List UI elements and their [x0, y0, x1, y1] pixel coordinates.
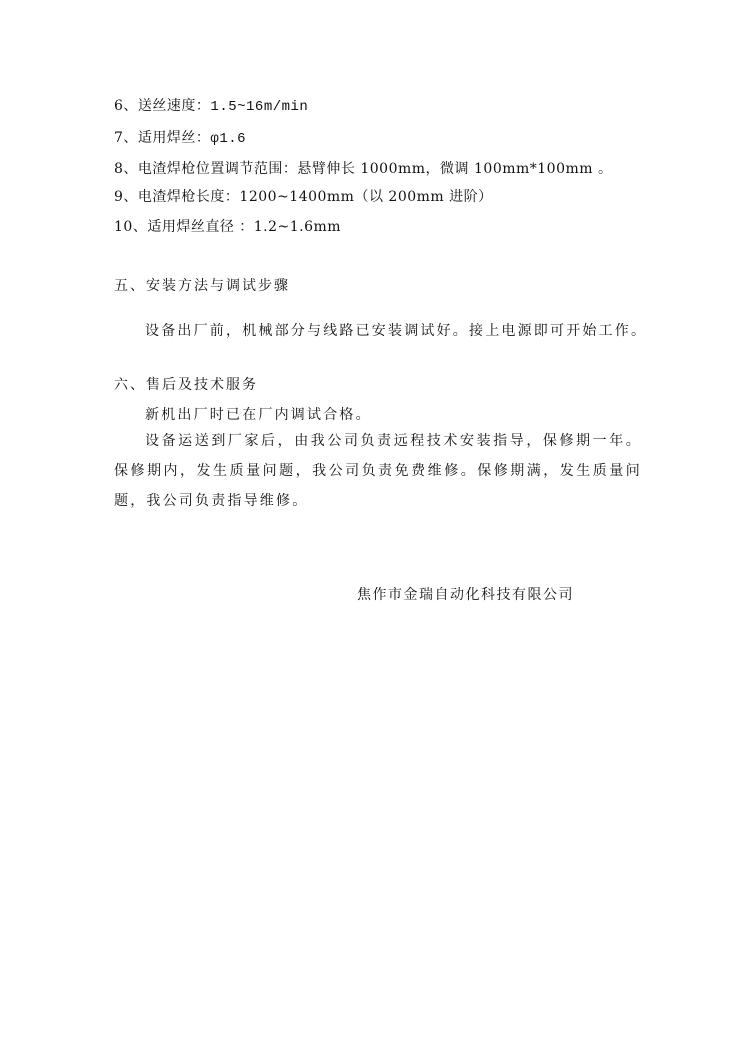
spec-value: 1.5~16m/min	[210, 99, 308, 115]
spec-value: 1.2~1.6mm	[254, 219, 341, 235]
spec-label: 8、电渣焊枪位置调节范围：	[114, 161, 297, 177]
spec-value: 悬臂伸长 1000mm，微调 100mm*100mm 。	[297, 161, 612, 177]
spec-item-7: 7、适用焊丝：φ1.6	[114, 127, 246, 147]
spec-value: φ1.6	[210, 131, 246, 147]
spec-item-9: 9、电渣焊枪长度：1200~1400mm（以 200mm 进阶）	[114, 186, 493, 206]
spec-label: 10、适用焊丝直径 ：	[114, 219, 254, 235]
spec-label: 7、适用焊丝：	[114, 130, 210, 146]
spec-item-10: 10、适用焊丝直径 ：1.2~1.6mm	[114, 216, 341, 236]
spec-label: 6、送丝速度：	[114, 98, 210, 114]
section6-paragraph-2: 设备运送到厂家后，由我公司负责远程技术安装指导，保修期一年。保修期内，发生质量问…	[114, 426, 642, 516]
section5-heading: 五、安装方法与调试步骤	[114, 275, 290, 295]
spec-value: 1200~1400mm（以 200mm 进阶）	[239, 189, 492, 205]
spec-item-8: 8、电渣焊枪位置调节范围：悬臂伸长 1000mm，微调 100mm*100mm …	[114, 158, 613, 178]
section5-body: 设备出厂前，机械部分与线路已安装调试好。接上电源即可开始工作。	[145, 320, 647, 340]
spec-label: 9、电渣焊枪长度：	[114, 189, 239, 205]
section6-paragraph-1: 新机出厂时已在厂内调试合格。	[145, 404, 372, 424]
company-signature: 焦作市金瑞自动化科技有限公司	[357, 584, 574, 604]
section6-heading: 六、售后及技术服务	[114, 374, 258, 394]
spec-item-6: 6、送丝速度：1.5~16m/min	[114, 95, 308, 115]
